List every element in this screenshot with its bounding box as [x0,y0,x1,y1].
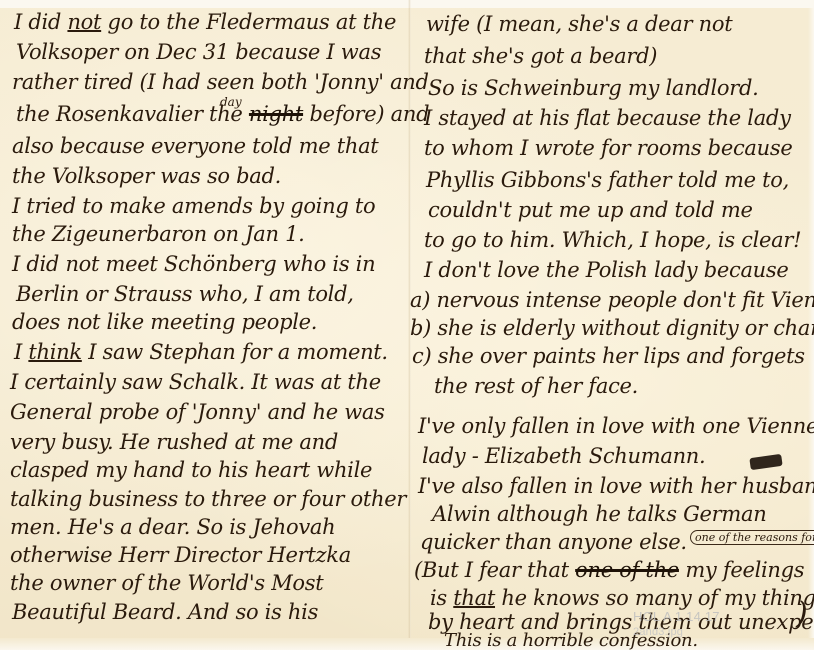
text-line: Volksoper on Dec 31 because I was [16,40,381,64]
text-line: to go to him. Which, I hope, is clear! [424,228,801,252]
text-line: to whom I wrote for rooms because [424,136,792,160]
text-line: that she's got a beard) [424,44,657,68]
text-line: (But I fear that one of the my feelings [414,558,804,582]
text-line: So is Schweinburg my landlord. [428,76,759,100]
text-line: I think I saw Stephan for a moment. [14,340,388,364]
text-line: I don't love the Polish lady because [424,258,789,282]
underlined-word: think [28,340,81,364]
paper-top-edge [0,0,814,8]
text-line: I did not meet Schönberg who is in [12,252,375,276]
text-line: I tried to make amends by going to [12,194,375,218]
ink-scribble [749,454,782,470]
watermark-filename: 2and3.jpg [633,626,683,638]
text-line: I did not go to the Fledermaus at the [14,10,396,34]
text-fragment: my feelings [679,558,804,582]
text-fragment: before) and [303,102,429,126]
text-line: talking business to three or four other [10,487,406,511]
text-line: couldn't put me up and told me [428,198,753,222]
text-line: lady - Elizabeth Schumann. [422,444,705,468]
text-fragment: (But I fear that [414,558,575,582]
text-line: General probe of 'Jonny' and he was [10,400,385,424]
text-line: Beautiful Beard. And so is his [12,600,318,624]
text-line: quicker than anyone else. [420,530,687,554]
text-line: the Zigeunerbaron on Jan 1. [12,222,305,246]
text-fragment: go to the Fledermaus at the [101,10,396,34]
text-line: is that he knows so many of my things [430,586,814,610]
text-fragment: the Rosenkavalier the [16,102,249,126]
text-line: a) nervous intense people don't fit Vien… [410,288,814,312]
struck-word: night [249,102,303,126]
text-line: clasped my hand to his heart while [10,458,372,482]
text-line: very busy. He rushed at me and [10,430,338,454]
text-line: the owner of the World's Most [10,571,323,595]
text-line: rather tired (I had seen both 'Jonny' an… [12,70,429,94]
text-fragment: is [430,586,453,610]
text-fragment: he knows so many of my things [495,586,814,610]
text-line: b) she is elderly without dignity or cha… [410,316,814,340]
underlined-word: that [453,586,495,610]
margin-annotation: one of the reasons for [690,530,814,545]
text-line: Phyllis Gibbons's father told me to, [426,168,789,192]
struck-word: one of the [575,558,679,582]
closing-bracket: ) [796,596,808,631]
text-line: I've also fallen in love with her husban… [418,474,814,498]
text-line: the rest of her face. [434,374,638,398]
text-fragment: I saw Stephan for a moment. [82,340,388,364]
text-line: c) she over paints her lips and forgets [412,344,805,368]
text-line: Alwin although he talks German [432,502,766,526]
text-line: also because everyone told me that [12,134,378,158]
letter-scan: I did not go to the Fledermaus at the Vo… [0,0,814,650]
text-line: I certainly saw Schalk. It was at the [10,370,381,394]
text-line: the Rosenkavalier the night before) and [16,102,429,126]
text-line: men. He's a dear. So is Jehovah [10,515,335,539]
watermark-catalog-id: HOL A 1 14 17 [633,609,720,624]
text-line: I stayed at his flat because the lady [424,106,791,130]
text-line: does not like meeting people. [12,310,317,334]
text-line: otherwise Herr Director Hertzka [10,543,351,567]
text-line: I've only fallen in love with one Vienne… [418,414,814,438]
text-line: Berlin or Strauss who, I am told, [16,282,354,306]
text-fragment: I [14,340,28,364]
underlined-word: not [67,10,101,34]
text-line: the Volksoper was so bad. [12,164,281,188]
text-line: wife (I mean, she's a dear not [426,12,732,36]
text-fragment: I did [14,10,67,34]
